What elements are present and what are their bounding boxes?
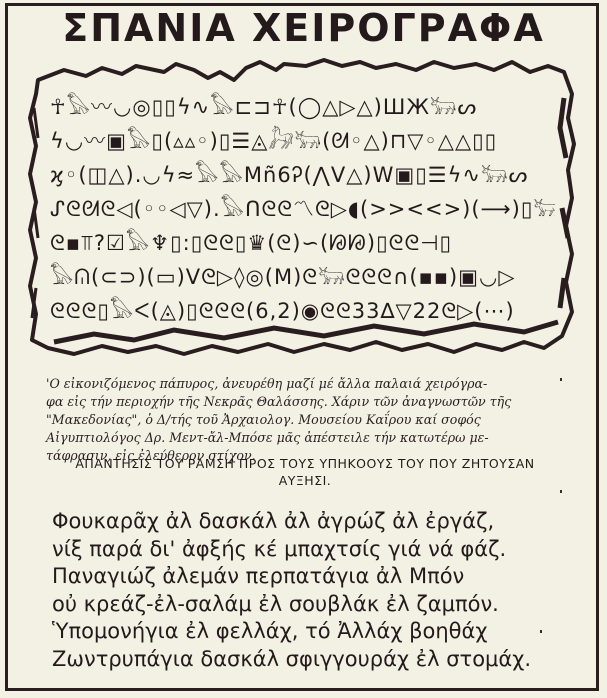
hieroglyph-text: ☥𓅃〰◡◎▯▯ϟ∿𓅃⊏⊐☥(◯△▷△)ШЖ𓃒ᔕ ϟ◡〰▣𓅃▯(▵▵◦)▯☰◬𓃗𓃒… bbox=[50, 90, 555, 328]
hieroglyph-row: ☥𓅃〰◡◎▯▯ϟ∿𓅃⊏⊐☥(◯△▷△)ШЖ𓃒ᔕ bbox=[50, 90, 555, 124]
article-caption: 'Ο εἰκονιζόμενος πάπυρος, ἀνευρέθη μαζί … bbox=[46, 375, 566, 465]
hieroglyph-row: ᘓ▪⫪?☑𓅃♆▯:▯ᘓᘓ▯♛(ᘓ)∽(ᘘᘘ)▯ᘓᘓ⊣▯ bbox=[50, 226, 555, 260]
papyrus-illustration: ☥𓅃〰◡◎▯▯ϟ∿𓅃⊏⊐☥(◯△▷△)ШЖ𓃒ᔕ ϟ◡〰▣𓅃▯(▵▵◦)▯☰◬𓃗𓃒… bbox=[24, 58, 578, 360]
heading-line-1: ΑΠΑΝΤΗΣΙΣ ΤΟΥ ΡΑΜΣΗ ΠΡΟΣ ΤΟΥΣ ΥΠΗΚΟΟΥΣ Τ… bbox=[40, 455, 570, 472]
hieroglyph-row: ᔑᘓᘛᘓ◁(◦◦◁▽).𓅃ᑎᘓᘓ〽ᘓ▷◖(>><<>)(⟶)▯𓃒◫ bbox=[50, 192, 555, 226]
hieroglyph-row: ᘓᘓᘓ▯𓅃ᐸ(◬)▯ᘓᘓᘓ(6,2)◉ᘓᘓ33∆▽22ᘓ▷(⋯) bbox=[50, 294, 555, 328]
article-title: ΣΠΑΝΙΑ ΧΕΙΡΟΓΡΑΦΑ bbox=[0, 6, 607, 50]
verse-line: Παναγιώζ ἀλεμάν περπατάγια ἀλ Μπόν bbox=[52, 563, 582, 591]
caption-line: 'Ο εἰκονιζόμενος πάπυρος, ἀνευρέθη μαζί … bbox=[46, 375, 566, 393]
verse-line: Ζωντρυπάγια δασκάλ σφιγγουράχ ἐλ στομάχ. bbox=[52, 646, 582, 674]
hieroglyph-row: 𓅃ᕬ(⊂⊃)(▭)Vᘓ▷◊◎(M)ᘓ𓃒ᘓᘓᘓ∩(▪▪)▣◡▷ bbox=[50, 260, 555, 294]
hieroglyph-row: ϗ◦(◫△).◡ϟ≈𓅃𓅃Mñ6Ꭾ(⋀V△)W▣▯☰ϟ∿𓃒ᔕ bbox=[50, 158, 555, 192]
caption-line: φα εἰς τήν περιοχήν τῆς Νεκρᾶς Θαλάσσης.… bbox=[46, 393, 566, 411]
print-speck bbox=[560, 490, 562, 493]
translated-verse: Φουκαρᾶχ ἀλ δασκάλ ἀλ ἀγρώζ ἀλ ἐργάζ, νί… bbox=[52, 508, 582, 673]
translation-heading: ΑΠΑΝΤΗΣΙΣ ΤΟΥ ΡΑΜΣΗ ΠΡΟΣ ΤΟΥΣ ΥΠΗΚΟΟΥΣ Τ… bbox=[40, 455, 570, 489]
heading-line-2: ΑΥΞΗΣΙ. bbox=[40, 472, 570, 489]
verse-line: Ὑπομονήγια ἐλ φελλάχ, τό Ἀλλάχ βοηθάχ bbox=[52, 618, 582, 646]
print-speck bbox=[540, 630, 542, 633]
verse-line: οὐ κρεάζ-ἐλ-σαλάμ ἐλ σουβλάκ ἐλ ζαμπόν. bbox=[52, 591, 582, 619]
verse-line: νίξ παρά δι' ἀφξής κέ μπαχτσίς γιά νά φά… bbox=[52, 536, 582, 564]
verse-line: Φουκαρᾶχ ἀλ δασκάλ ἀλ ἀγρώζ ἀλ ἐργάζ, bbox=[52, 508, 582, 536]
print-speck bbox=[560, 378, 562, 381]
caption-line: Αἰγυπτιολόγος Δρ. Μεντ-ἄλ-Μπόσε μᾶς ἀπέσ… bbox=[46, 429, 566, 447]
hieroglyph-row: ϟ◡〰▣𓅃▯(▵▵◦)▯☰◬𓃗𓃒(ᘛ◦△)⊓▽◦△△▯▯ bbox=[50, 124, 555, 158]
caption-line: "Μακεδονίας", ὁ Δ/τής τοῦ Ἀρχαιολογ. Μου… bbox=[46, 411, 566, 429]
